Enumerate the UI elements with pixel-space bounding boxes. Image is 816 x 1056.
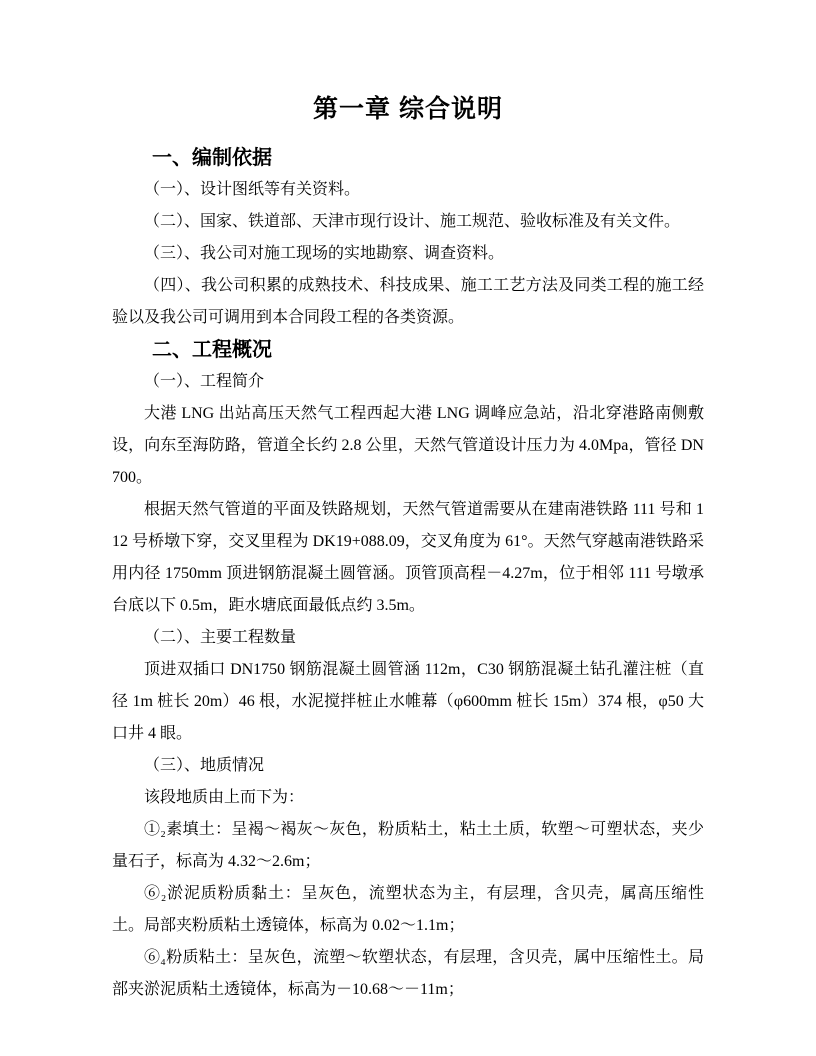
document-content: 第一章 综合说明 一、编制依据 （一）、设计图纸等有关资料。 （二）、国家、铁道…	[112, 92, 704, 1006]
paragraph-soil-layer-6-4: ⑥₄粉质粘土：呈灰色，流塑～软塑状态，有层理，含贝壳，属中压缩性土。局部夹淤泥质…	[112, 942, 704, 1006]
paragraph-geology-intro: 该段地质由上而下为：	[112, 782, 704, 814]
paragraph-main-quantities: 顶进双插口 DN1750 钢筋混凝土圆管涵 112m，C30 钢筋混凝土钻孔灌注…	[112, 654, 704, 750]
subheading-geology: （三）、地质情况	[112, 750, 704, 782]
paragraph-basis-3: （三）、我公司对施工现场的实地勘察、调查资料。	[112, 238, 704, 270]
paragraph-soil-layer-6-2: ⑥₂淤泥质粉质黏土：呈灰色，流塑状态为主，有层理，含贝壳，属高压缩性土。局部夹粉…	[112, 878, 704, 942]
paragraph-project-intro-2: 根据天然气管道的平面及铁路规划，天然气管道需要从在建南港铁路 111 号和 11…	[112, 494, 704, 622]
subheading-main-quantities: （二）、主要工程数量	[112, 622, 704, 654]
subheading-project-intro: （一）、工程简介	[112, 366, 704, 398]
document-page: 第一章 综合说明 一、编制依据 （一）、设计图纸等有关资料。 （二）、国家、铁道…	[0, 0, 816, 1056]
paragraph-soil-layer-1-2: ①₂素填土：呈褐～褐灰～灰色，粉质粘土，粘土土质，软塑～可塑状态，夹少量石子，标…	[112, 814, 704, 878]
section-heading-project-overview: 二、工程概况	[112, 334, 704, 366]
section-heading-compilation-basis: 一、编制依据	[112, 142, 704, 174]
paragraph-basis-2: （二）、国家、铁道部、天津市现行设计、施工规范、验收标准及有关文件。	[112, 206, 704, 238]
document-title: 第一章 综合说明	[112, 92, 704, 126]
paragraph-basis-1: （一）、设计图纸等有关资料。	[112, 174, 704, 206]
paragraph-project-intro-1: 大港 LNG 出站高压天然气工程西起大港 LNG 调峰应急站，沿北穿港路南侧敷设…	[112, 398, 704, 494]
paragraph-basis-4: （四）、我公司积累的成熟技术、科技成果、施工工艺方法及同类工程的施工经验以及我公…	[112, 270, 704, 334]
